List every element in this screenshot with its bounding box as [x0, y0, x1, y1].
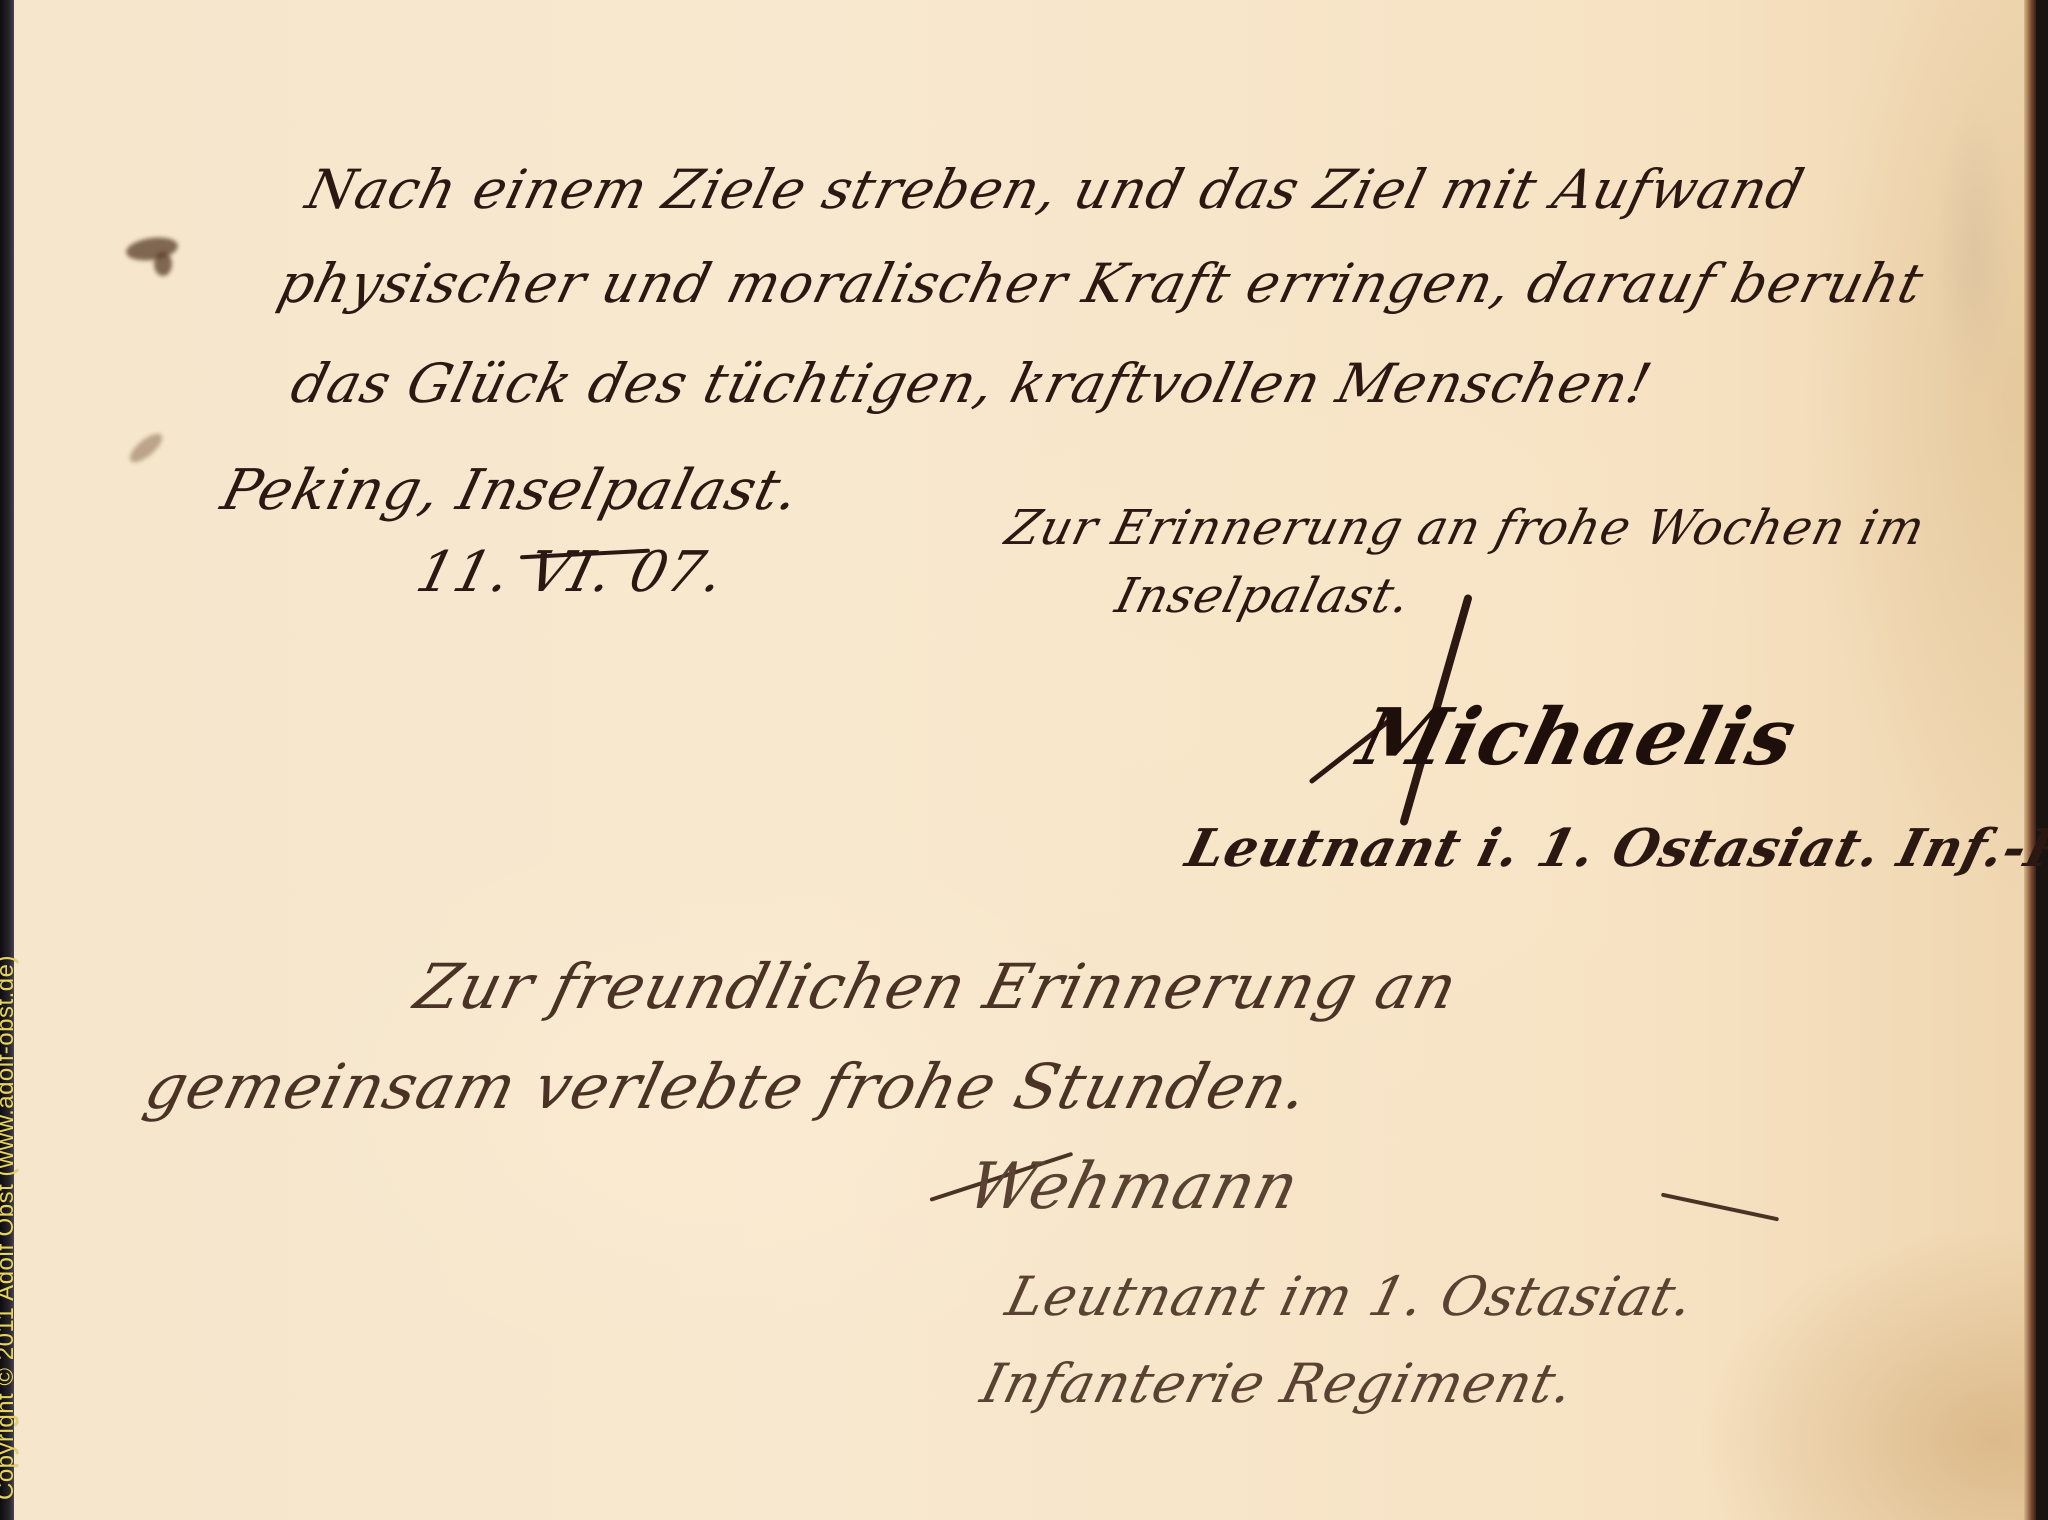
entry2-signature: Wehmann — [960, 1150, 1306, 1224]
entry2-text-line-1: Zur freundlichen Erinnerung an — [408, 950, 1465, 1023]
entry1-place: Peking, Inselpalast. — [215, 458, 806, 523]
page-right-edge — [2024, 0, 2036, 1520]
entry1-signature: Michaelis — [1350, 692, 1805, 783]
entry1-rank: Leutnant i. 1. Ostasiat. Inf.-Regt. — [1180, 818, 2048, 879]
entry2-rank-line-2: Infanterie Regiment. — [975, 1352, 1581, 1415]
entry1-text-line-1: Nach einem Ziele streben, und das Ziel m… — [300, 158, 1811, 221]
entry1-text-line-2: physischer und moralischer Kraft erringe… — [272, 252, 1930, 315]
entry1-dedication-line-2: Inselpalast. — [1110, 568, 1417, 624]
ink-stain — [154, 252, 172, 276]
entry2-text-line-2: gemeinsam verlebte frohe Stunden. — [138, 1050, 1316, 1123]
ink-smudge — [126, 429, 167, 467]
entry1-dedication-line-1: Zur Erinnerung an frohe Wochen im — [1000, 500, 1931, 556]
entry1-date: 11. VI. 07. — [410, 540, 731, 605]
bleed-through-mark — [1934, 100, 2014, 400]
entry2-rank-line-1: Leutnant im 1. Ostasiat. — [1000, 1265, 1701, 1328]
entry1-text-line-3: das Glück des tüchtigen, kraftvollen Men… — [285, 352, 1658, 415]
copyright-watermark: Copyright © 2011 Adolf Obst (www.adolf-o… — [0, 955, 20, 1500]
